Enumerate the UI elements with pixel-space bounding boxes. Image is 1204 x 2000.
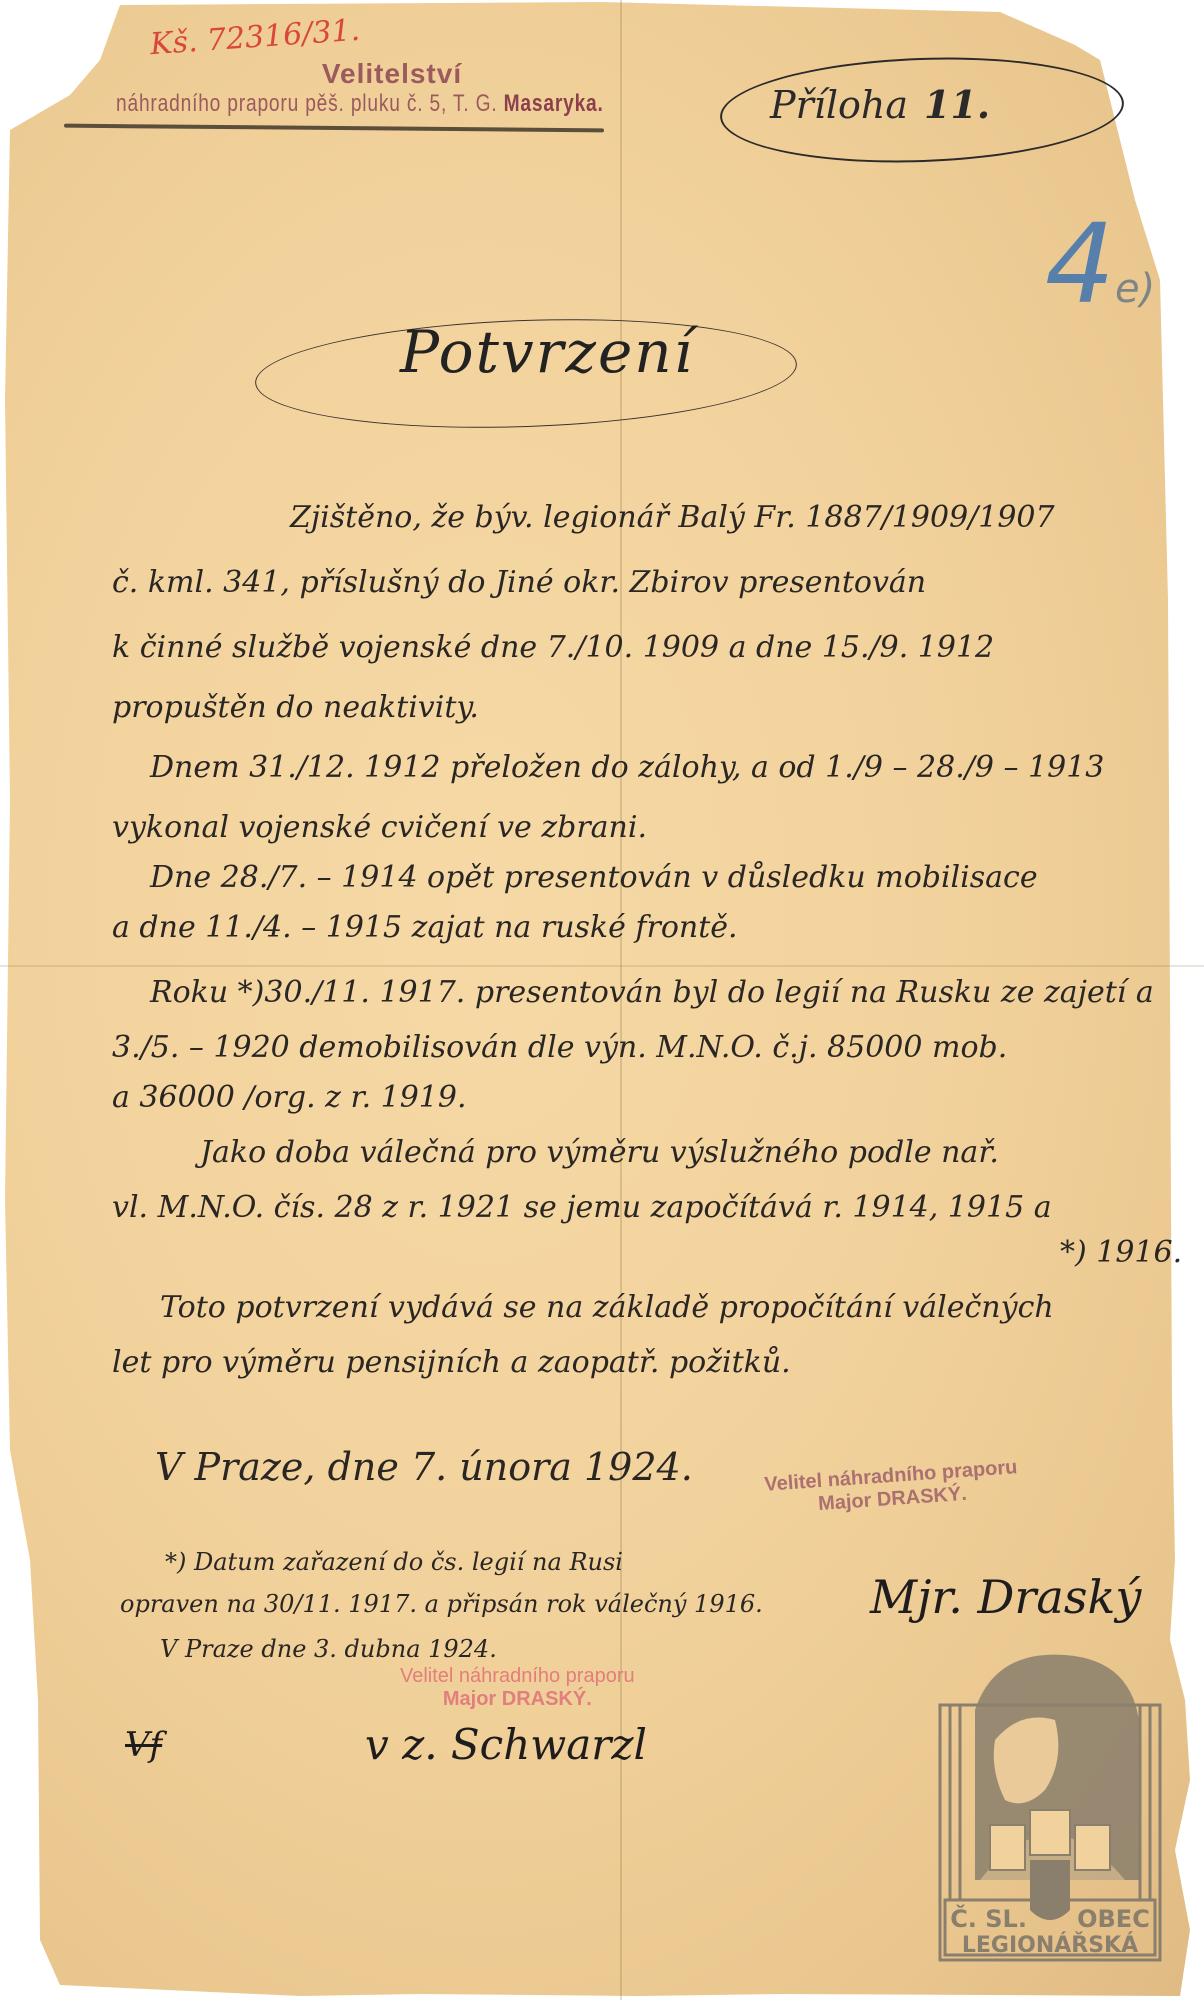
annex-word: Příloha <box>770 83 908 127</box>
body-line: Toto potvrzení vydává se na základě prop… <box>160 1290 1054 1325</box>
logo-csl: Č. SL. <box>950 1905 1027 1933</box>
logo-obec: OBEC <box>1077 1905 1150 1933</box>
footnote-stamp-line2: Major DRASKÝ. <box>400 1688 635 1711</box>
annex-label: Příloha11. <box>770 82 990 127</box>
body-line: vl. M.N.O. čís. 28 z r. 1921 se jemu zap… <box>112 1190 1052 1225</box>
initials-mark: Vf <box>125 1725 162 1765</box>
place-date: V Praze, dne 7. února 1924. <box>155 1445 693 1489</box>
body-line: 3./5. – 1920 demobilisován dle výn. M.N.… <box>112 1030 1007 1065</box>
body-line: *) 1916. <box>1060 1235 1182 1270</box>
body-line: a 36000 /org. z r. 1919. <box>112 1080 467 1115</box>
footnote-line: *) Datum zařazení do čs. legií na Rusi <box>165 1548 623 1576</box>
blue-pencil-number: 4 <box>1045 200 1115 328</box>
footnote-line: V Praze dne 3. dubna 1924. <box>160 1635 497 1663</box>
body-line: Zjištěno, že býv. legionář Balý Fr. 1887… <box>290 500 1055 535</box>
commander-signature: Mjr. Draský <box>870 1570 1141 1624</box>
body-line: vykonal vojenské cvičení ve zbrani. <box>112 810 647 845</box>
annex-number: 11. <box>924 82 990 127</box>
header-stamp-line2: náhradního praporu pěš. pluku č. 5, T. G… <box>116 90 548 118</box>
body-line: a dne 11./4. – 1915 zajat na ruské front… <box>112 910 738 945</box>
body-line: propuštěn do neaktivity. <box>112 690 479 725</box>
footnote-signature: v z. Schwarzl <box>365 1720 647 1769</box>
body-line: let pro výměru pensijních a zaopatř. pož… <box>112 1345 791 1380</box>
body-line: Dnem 31./12. 1912 přeložen do zálohy, a … <box>150 750 1104 785</box>
horizontal-fold-crease <box>0 965 1204 967</box>
body-line: č. kml. 341, příslušný do Jiné okr. Zbir… <box>112 565 926 600</box>
blue-pencil-mark: 4e) <box>1045 200 1155 328</box>
footnote-stamp-line1: Velitel náhradního praporu <box>400 1665 635 1688</box>
body-line: Dne 28./7. – 1914 opět presentován v důs… <box>150 860 1038 895</box>
logo-line2: LEGIONÁŘSKÁ <box>935 1933 1165 1958</box>
legionnaire-logo: Č. SL. OBEC LEGIONÁŘSKÁ <box>935 1650 1165 1970</box>
document-title: Potvrzení <box>400 318 694 386</box>
header-stamp-line1: Velitelství <box>182 58 602 90</box>
footnote-stamp: Velitel náhradního praporu Major DRASKÝ. <box>400 1665 635 1711</box>
body-line: Roku *)30./11. 1917. presentován byl do … <box>150 975 1154 1010</box>
logo-line1: Č. SL. OBEC <box>935 1905 1165 1933</box>
body-line: k činné službě vojenské dne 7./10. 1909 … <box>112 630 994 665</box>
footnote-line: opraven na 30/11. 1917. a připsán rok vá… <box>120 1590 763 1618</box>
blue-pencil-suffix: e) <box>1115 266 1155 312</box>
header-stamp-masaryka: Masaryka. <box>504 90 604 117</box>
body-line: Jako doba válečná pro výměru výslužného … <box>200 1135 999 1170</box>
header-stamp: Velitelství náhradního praporu pěš. pluk… <box>62 58 602 118</box>
header-stamp-line2-text: náhradního praporu pěš. pluku č. 5, T. G… <box>116 90 504 117</box>
